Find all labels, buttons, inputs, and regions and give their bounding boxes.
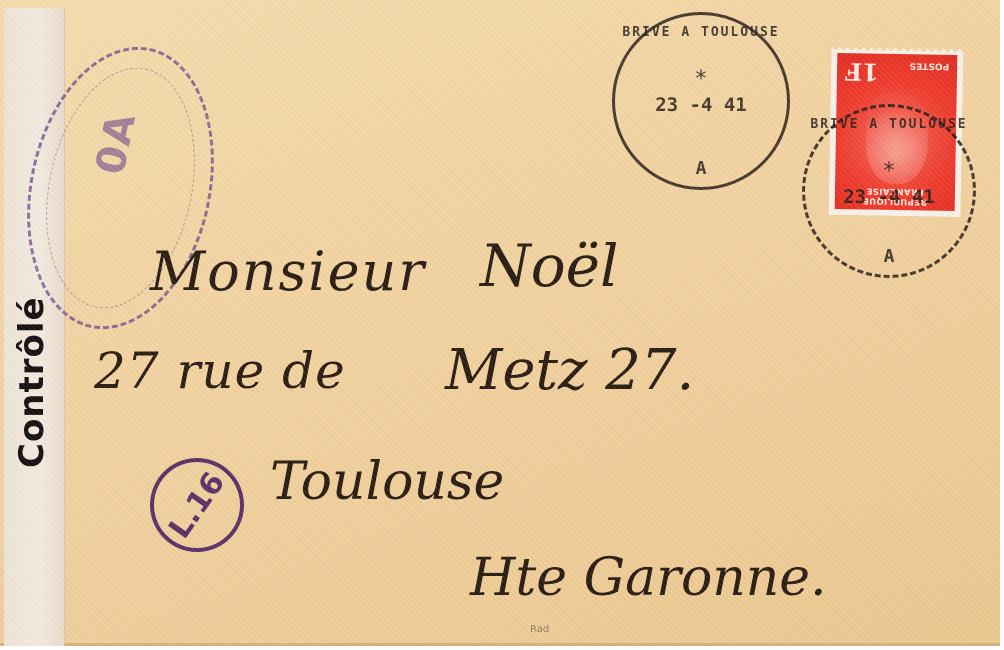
postmark-star-icon: *	[615, 67, 787, 92]
censor-mark-circle: L.16	[150, 458, 244, 552]
envelope: Contrôlé 0A BRIVE A TOULOUSE * 23 -4 41 …	[0, 0, 1000, 646]
address-street-type: rue de	[177, 342, 346, 400]
address-street: 27 rue de	[94, 342, 346, 400]
address-department-prefix: Hte	[470, 548, 567, 608]
postmark-letter: A	[805, 246, 973, 267]
address-salutation: Monsieur	[150, 240, 426, 303]
address-department-name: Garonne.	[584, 548, 827, 608]
printer-mark: Rad	[530, 624, 549, 635]
postmark-letter: A	[615, 158, 787, 179]
stamp-label: POSTES	[910, 60, 950, 71]
postmark-town: BRIVE A TOULOUSE	[615, 25, 787, 40]
address-street-number: 27	[94, 342, 160, 400]
censor-tape-label: Contrôlé	[12, 296, 52, 468]
postmark-cancel-1: BRIVE A TOULOUSE * 23 -4 41 A	[612, 12, 790, 190]
address-city: Toulouse	[270, 452, 504, 512]
address-street-name: Metz 27.	[445, 338, 694, 403]
postmark-star-icon: *	[805, 159, 973, 184]
postmark-town: BRIVE A TOULOUSE	[805, 117, 973, 132]
address-department: Hte Garonne.	[470, 548, 827, 608]
stamp-value: 1F	[845, 57, 879, 87]
postmark-date: 23 -4 41	[615, 95, 787, 115]
postmark-cancel-2: BRIVE A TOULOUSE * 23 -4 41 A	[802, 104, 976, 278]
censor-mark-text: L.16	[162, 465, 232, 544]
postmark-date: 23 -4 41	[805, 187, 973, 207]
address-name: Noël	[480, 232, 619, 300]
